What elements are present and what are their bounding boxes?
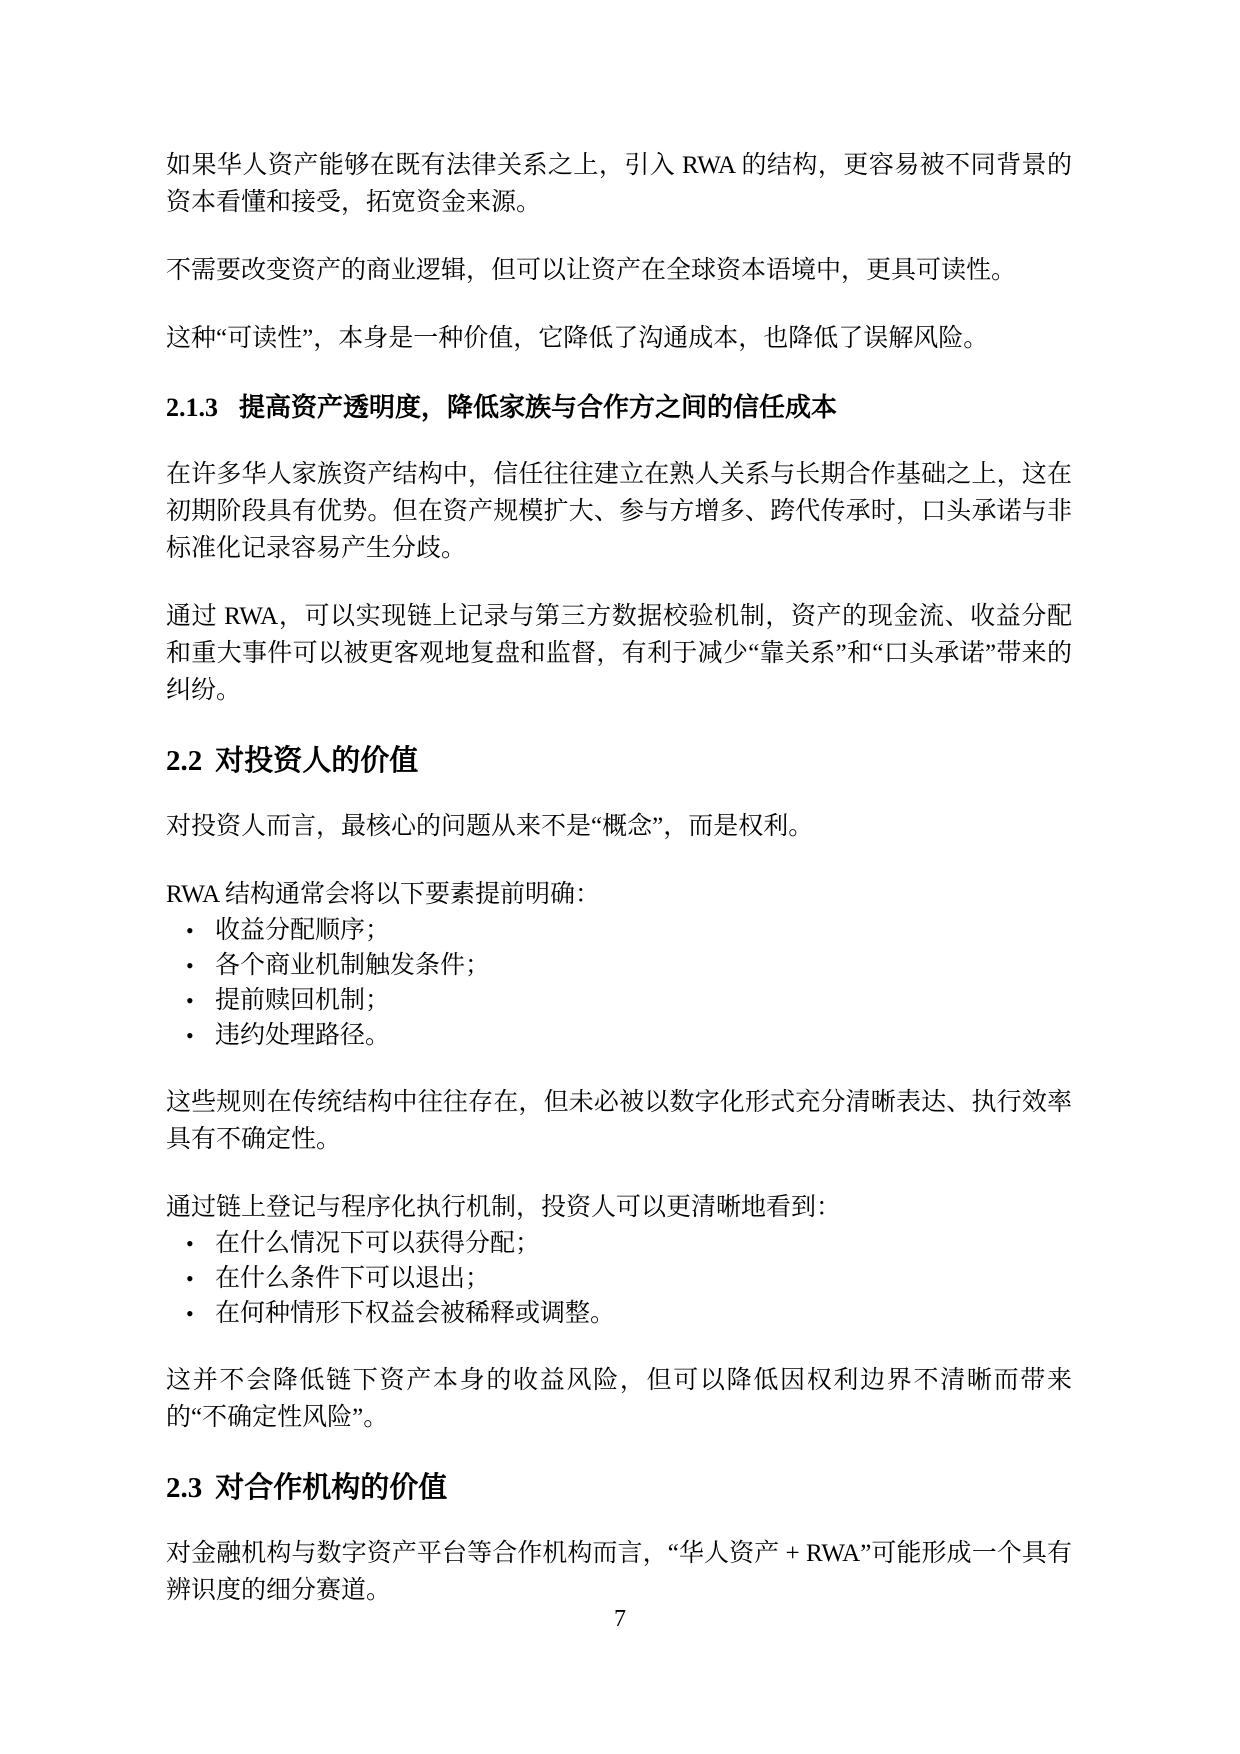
bullet-icon: • <box>186 948 194 983</box>
list-item: • 提前赎回机制； <box>166 983 1072 1018</box>
heading-2-1-3: 2.1.3提高资产透明度，降低家族与合作方之间的信任成本 <box>166 388 1072 428</box>
bullet-icon: • <box>186 1018 194 1053</box>
paragraph-2-3-a: 对金融机构与数字资产平台等合作机构而言，“华人资产 + RWA”可能形成一个具有… <box>166 1535 1072 1609</box>
paragraph-intro-3: 这种“可读性”，本身是一种价值，它降低了沟通成本，也降低了误解风险。 <box>166 320 1072 357</box>
list-item-text: 违约处理路径。 <box>215 1022 390 1049</box>
list-item-text: 各个商业机制触发条件； <box>215 952 490 979</box>
list-item: • 违约处理路径。 <box>166 1018 1072 1053</box>
heading-2-2: 2.2对投资人的价值 <box>166 740 1072 782</box>
list-item-text: 在什么条件下可以退出； <box>215 1265 490 1292</box>
list-item: • 在什么条件下可以退出； <box>166 1261 1072 1296</box>
bullet-icon: • <box>186 1226 194 1261</box>
heading-2-3-number: 2.3 <box>166 1472 202 1504</box>
list-item-text: 在何种情形下权益会被稀释或调整。 <box>215 1300 615 1327</box>
bullet-icon: • <box>186 1261 194 1296</box>
paragraph-2-2-list2-intro: 通过链上登记与程序化执行机制，投资人可以更清晰地看到： <box>166 1189 1072 1226</box>
bullet-icon: • <box>186 1296 194 1331</box>
paragraph-2-2-a: 对投资人而言，最核心的问题从来不是“概念”，而是权利。 <box>166 808 1072 845</box>
bullet-list-rwa-elements: • 收益分配顺序； • 各个商业机制触发条件； • 提前赎回机制； • 违约处理… <box>166 913 1072 1053</box>
heading-2-3-title: 对合作机构的价值 <box>215 1472 447 1504</box>
list-item-text: 提前赎回机制； <box>215 987 390 1014</box>
paragraph-2-2-b: 这些规则在传统结构中往往存在，但未必被以数字化形式充分清晰表达、执行效率具有不确… <box>166 1084 1072 1158</box>
paragraph-intro-1: 如果华人资产能够在既有法律关系之上，引入 RWA 的结构，更容易被不同背景的资本… <box>166 147 1072 221</box>
paragraph-2-1-3-b: 通过 RWA，可以实现链上记录与第三方数据校验机制，资产的现金流、收益分配和重大… <box>166 598 1072 709</box>
page-number: 7 <box>0 1604 1240 1634</box>
paragraph-2-2-c: 这并不会降低链下资产本身的收益风险，但可以降低因权利边界不清晰而带来的“不确定性… <box>166 1362 1072 1436</box>
heading-2-1-3-title: 提高资产透明度，降低家族与合作方之间的信任成本 <box>239 393 837 422</box>
heading-2-2-title: 对投资人的价值 <box>215 745 418 777</box>
list-item-text: 在什么情况下可以获得分配； <box>215 1230 540 1257</box>
paragraph-2-2-list-intro: RWA 结构通常会将以下要素提前明确： <box>166 876 1072 913</box>
bullet-list-investor-visibility: • 在什么情况下可以获得分配； • 在什么条件下可以退出； • 在何种情形下权益… <box>166 1226 1072 1331</box>
list-item: • 在什么情况下可以获得分配； <box>166 1226 1072 1261</box>
heading-2-1-3-number: 2.1.3 <box>166 393 218 422</box>
paragraph-2-1-3-a: 在许多华人家族资产结构中，信任往往建立在熟人关系与长期合作基础之上，这在初期阶段… <box>166 456 1072 567</box>
list-item-text: 收益分配顺序； <box>215 917 390 944</box>
list-item: • 各个商业机制触发条件； <box>166 948 1072 983</box>
list-item: • 在何种情形下权益会被稀释或调整。 <box>166 1296 1072 1331</box>
bullet-icon: • <box>186 913 194 948</box>
page-content: 如果华人资产能够在既有法律关系之上，引入 RWA 的结构，更容易被不同背景的资本… <box>166 147 1072 1640</box>
bullet-icon: • <box>186 983 194 1018</box>
heading-2-2-number: 2.2 <box>166 745 202 777</box>
list-item: • 收益分配顺序； <box>166 913 1072 948</box>
paragraph-intro-2: 不需要改变资产的商业逻辑，但可以让资产在全球资本语境中，更具可读性。 <box>166 252 1072 289</box>
heading-2-3: 2.3对合作机构的价值 <box>166 1467 1072 1509</box>
document-page: 如果华人资产能够在既有法律关系之上，引入 RWA 的结构，更容易被不同背景的资本… <box>0 0 1240 1754</box>
